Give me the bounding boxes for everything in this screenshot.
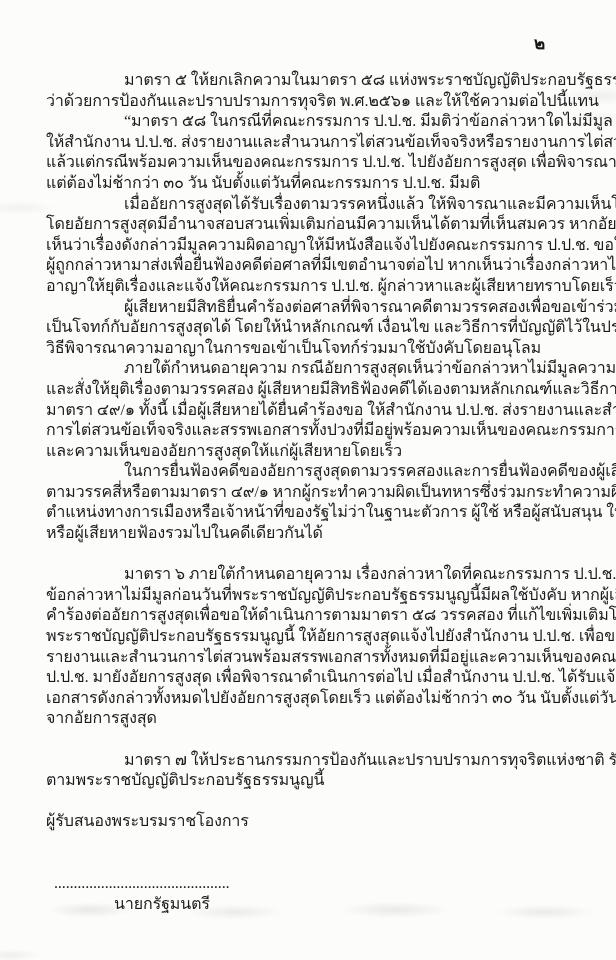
section-58-paragraph-5: ในการยื่นฟ้องคดีของอัยการสูงสุดตามวรรคสอ… <box>46 462 566 544</box>
text-line: ว่าด้วยการป้องกันและปราบปรามการทุจริต พ.… <box>46 92 566 113</box>
text-line: มาตรา ๔๙/๑ ทั้งนี้ เมื่อผู้เสียหายได้ยื่… <box>46 401 566 422</box>
blank-line <box>46 730 566 751</box>
page-number: ๒ <box>534 30 545 57</box>
section-58-paragraph-3: ผู้เสียหายมีสิทธิยื่นคำร้องต่อศาลที่พิจา… <box>46 298 566 360</box>
document-page: ๒ มาตรา ๕ ให้ยกเลิกความในมาตรา ๕๘ แห่งพร… <box>0 0 616 960</box>
blank-line <box>46 854 566 875</box>
text-line: ตามวรรคสี่หรือตามมาตรา ๔๙/๑ หากผู้กระทำค… <box>46 483 566 504</box>
text-line: ในการยื่นฟ้องคดีของอัยการสูงสุดตามวรรคสอ… <box>46 462 566 483</box>
section-7: มาตรา ๗ ให้ประธานกรรมการป้องกันและปราบปร… <box>46 730 566 792</box>
text-line: และความเห็นของอัยการสูงสุดให้แก่ผู้เสียห… <box>46 442 566 463</box>
section-6: มาตรา ๖ ภายใต้กำหนดอายุความ เรื่องกล่าวห… <box>46 545 566 730</box>
section-58-paragraph-1: “มาตรา ๕๘ ในกรณีที่คณะกรรมการ ป.ป.ช. มีม… <box>46 112 566 194</box>
text-line: วิธีพิจารณาความอาญาในการขอเข้าเป็นโจทก์ร… <box>46 339 566 360</box>
section-5: มาตรา ๕ ให้ยกเลิกความในมาตรา ๕๘ แห่งพระร… <box>46 71 566 112</box>
text-line: ตำแหน่งทางการเมืองหรือเจ้าหน้าที่ของรัฐไ… <box>46 503 566 524</box>
blank-line <box>46 792 566 813</box>
countersign-label: ผู้รับสนองพระบรมราชโองการ <box>46 792 566 833</box>
text-line: โดยอัยการสูงสุดมีอำนาจสอบสวนเพิ่มเติมก่อ… <box>46 215 566 236</box>
text-line: เอกสารดังกล่าวทั้งหมดไปยังอัยการสูงสุดโด… <box>46 689 566 710</box>
text-line: ให้สำนักงาน ป.ป.ช. ส่งรายงานและสำนวนการไ… <box>46 133 566 154</box>
text-line: หรือผู้เสียหายฟ้องรวมไปในคดีเดียวกันได้ <box>46 524 566 545</box>
blank-line <box>46 833 566 854</box>
text-line: แล้วแต่กรณีพร้อมความเห็นของคณะกรรมการ ป.… <box>46 153 566 174</box>
text-line: นายกรัฐมนตรี <box>46 895 566 916</box>
text-line: ........................................… <box>46 874 566 895</box>
text-line: และสั่งให้ยุติเรื่องตามวรรคสอง ผู้เสียหา… <box>46 380 566 401</box>
text-line: ป.ป.ช. มายังอัยการสูงสุด เพื่อพิจารณาดำเ… <box>46 668 566 689</box>
blank-line <box>46 545 566 566</box>
text-line: ตามพระราชบัญญัติประกอบรัฐธรรมนูญนี้ <box>46 771 566 792</box>
section-58-paragraph-4: ภายใต้กำหนดอายุความ กรณีอัยการสูงสุดเห็น… <box>46 359 566 462</box>
signer-title: นายกรัฐมนตรี <box>46 895 566 916</box>
section-58-paragraph-2: เมื่ออัยการสูงสุดได้รับเรื่องตามวรรคหนึ่… <box>46 195 566 298</box>
text-line: อาญาให้ยุติเรื่องและแจ้งให้คณะกรรมการ ป.… <box>46 277 566 298</box>
text-line: เห็นว่าเรื่องดังกล่าวมีมูลความผิดอาญาให้… <box>46 236 566 257</box>
document-body: มาตรา ๕ ให้ยกเลิกความในมาตรา ๕๘ แห่งพระร… <box>46 71 566 915</box>
text-line: “มาตรา ๕๘ ในกรณีที่คณะกรรมการ ป.ป.ช. มีม… <box>46 112 566 133</box>
text-line: ผู้เสียหายมีสิทธิยื่นคำร้องต่อศาลที่พิจา… <box>46 298 566 319</box>
text-line: แต่ต้องไม่ช้ากว่า ๓๐ วัน นับตั้งแต่วันที… <box>46 174 566 195</box>
text-line: คำร้องต่ออัยการสูงสุดเพื่อขอให้ดำเนินการ… <box>46 606 566 627</box>
text-line: จากอัยการสูงสุด <box>46 709 566 730</box>
text-line: การไต่สวนข้อเท็จจริงและสรรพเอกสารทั้งปวง… <box>46 421 566 442</box>
text-line: ผู้ถูกกล่าวหามาส่งเพื่อยื่นฟ้องคดีต่อศาล… <box>46 256 566 277</box>
text-line: เป็นโจทก์กับอัยการสูงสุดได้ โดยให้นำหลัก… <box>46 318 566 339</box>
text-line: ผู้รับสนองพระบรมราชโองการ <box>46 812 566 833</box>
text-line: มาตรา ๖ ภายใต้กำหนดอายุความ เรื่องกล่าวห… <box>46 565 566 586</box>
text-line: ข้อกล่าวหาไม่มีมูลก่อนวันที่พระราชบัญญัต… <box>46 586 566 607</box>
text-line: รายงานและสำนวนการไต่สวนพร้อมสรรพเอกสารทั… <box>46 648 566 669</box>
text-line: พระราชบัญญัติประกอบรัฐธรรมนูญนี้ ให้อัยก… <box>46 627 566 648</box>
text-line: มาตรา ๕ ให้ยกเลิกความในมาตรา ๕๘ แห่งพระร… <box>46 71 566 92</box>
text-line: ภายใต้กำหนดอายุความ กรณีอัยการสูงสุดเห็น… <box>46 359 566 380</box>
text-line: มาตรา ๗ ให้ประธานกรรมการป้องกันและปราบปร… <box>46 751 566 772</box>
signature-dotted-line: ........................................… <box>46 833 566 895</box>
text-line: เมื่ออัยการสูงสุดได้รับเรื่องตามวรรคหนึ่… <box>46 195 566 216</box>
